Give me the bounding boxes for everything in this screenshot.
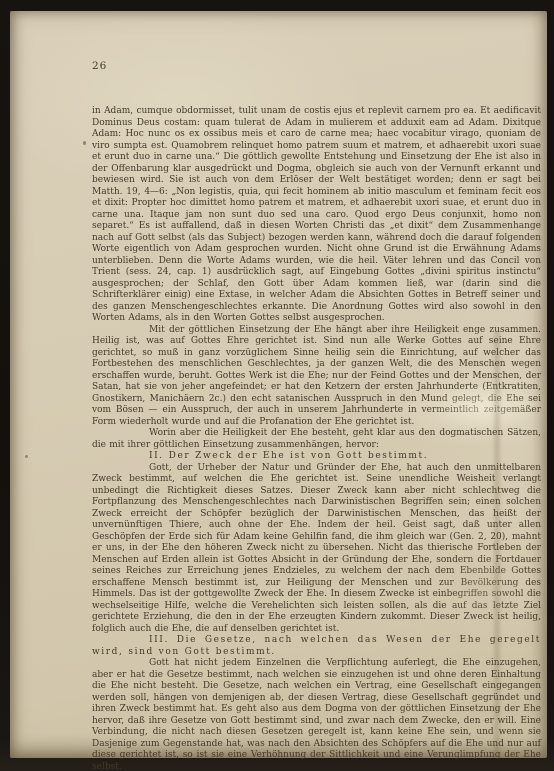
page-crease-shadow (492, 331, 502, 758)
paragraph-holiness-of-marriage: Mit der göttlichen Einsetzung der Ehe hä… (92, 325, 541, 429)
page-number: 26 (92, 60, 107, 72)
paragraph-continuation-latin-german: in Adam, cumque obdormisset, tulit unam … (92, 106, 541, 325)
paragraph-purpose-of-marriage: Gott, der Urheber der Natur und Gründer … (92, 463, 541, 636)
section-heading-iii: III. Die Gesetze, nach welchen das Wesen… (92, 635, 541, 658)
paragraph-transition: Worin aber die Heiligkeit der Ehe besteh… (92, 428, 541, 451)
ink-speck (83, 141, 86, 145)
ink-speck (25, 455, 28, 458)
section-heading-ii: II. Der Zweck der Ehe ist von Gott besti… (92, 451, 541, 463)
scanned-book-photo: 26 in Adam, cumque obdormisset, tulit un… (0, 0, 554, 771)
book-page: 26 in Adam, cumque obdormisset, tulit un… (10, 11, 547, 758)
paragraph-laws-of-marriage: Gott hat nicht jedem Einzelnen die Verpf… (92, 658, 541, 771)
page-text-block: in Adam, cumque obdormisset, tulit unam … (92, 106, 541, 771)
